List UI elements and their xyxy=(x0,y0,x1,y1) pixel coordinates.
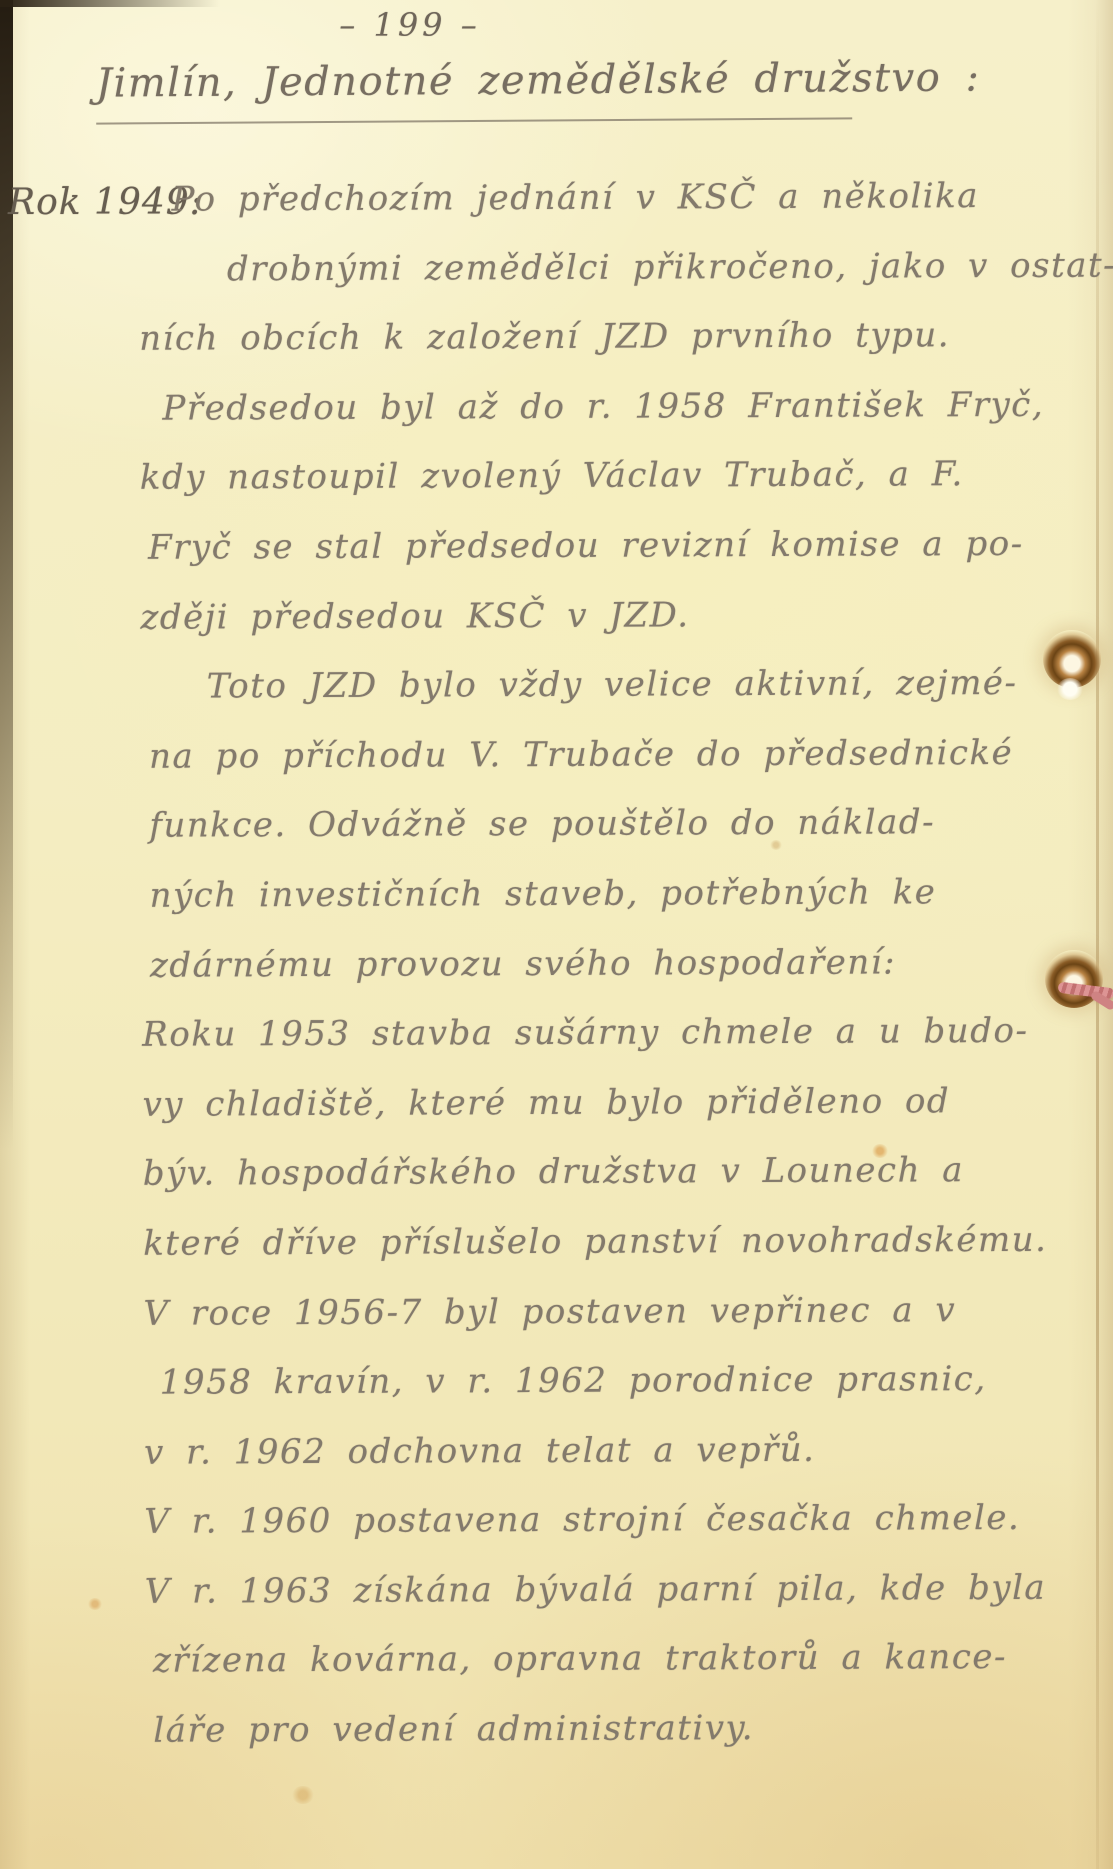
paper-stain xyxy=(770,840,782,850)
handwritten-line-17: V roce 1956-7 byl postaven vepřinec a v xyxy=(143,1289,1081,1363)
handwritten-line-9: na po příchodu V. Trubače do předsednick… xyxy=(149,732,1079,806)
handwritten-line-10: funkce. Odvážně se pouštělo do náklad- xyxy=(149,802,1079,876)
handwritten-line-11: ných investičních staveb, potřebných ke xyxy=(150,872,1080,946)
chronicle-page: – 199 – Jimlín, Jednotné zemědělské druž… xyxy=(0,0,1113,1869)
page-top-edge-shadow xyxy=(0,0,220,7)
page-number: – 199 – xyxy=(300,6,520,44)
handwritten-line-2: drobnými zemědělci přikročeno, jako v os… xyxy=(227,245,1077,318)
handwritten-line-18: 1958 kravín, v r. 1962 porodnice prasnic… xyxy=(160,1359,1082,1433)
handwritten-line-14: vy chladiště, které mu bylo přiděleno od xyxy=(142,1080,1080,1154)
handwritten-line-6: Fryč se stal předsedou revizní komise a … xyxy=(148,524,1078,598)
handwritten-line-1: Po předchozím jednání v KSČ a několika xyxy=(172,176,1077,250)
handwritten-line-13: Roku 1953 stavba sušárny chmele a u budo… xyxy=(142,1011,1080,1085)
handwritten-line-7: zději předsedou KSČ v JZD. xyxy=(140,593,1078,667)
binding-hole-glare xyxy=(1057,678,1083,700)
handwritten-text-block: Po předchozím jednání v KSČ a několika d… xyxy=(0,176,1083,1781)
handwritten-line-16: které dříve příslušelo panství novohrads… xyxy=(143,1220,1081,1294)
handwritten-line-21: V r. 1963 získána bývalá parní pila, kde… xyxy=(145,1568,1083,1642)
paper-stain xyxy=(872,1144,888,1158)
handwritten-line-19: v r. 1962 odchovna telat a vepřů. xyxy=(144,1428,1082,1502)
handwritten-line-4: Předsedou byl až do r. 1958 František Fr… xyxy=(162,384,1077,458)
page-title-underline: Jimlín, Jednotné zemědělské družstvo : xyxy=(96,55,852,124)
handwritten-line-12: zdárnému provozu svého hospodaření: xyxy=(150,941,1080,1015)
handwritten-line-5: kdy nastoupil zvolený Václav Trubač, a F… xyxy=(140,454,1078,528)
paper-stain xyxy=(88,1598,102,1610)
handwritten-line-23: láře pro vedení administrativy. xyxy=(153,1707,1083,1781)
handwritten-line-8: Toto JZD bylo vždy velice aktivní, zejmé… xyxy=(207,663,1079,736)
page-title: Jimlín, Jednotné zemědělské družstvo : xyxy=(96,54,981,106)
handwritten-line-3: ních obcích k založení JZD prvního typu. xyxy=(139,315,1077,389)
handwritten-line-22: zřízena kovárna, opravna traktorů a kanc… xyxy=(153,1637,1083,1711)
paper-stain xyxy=(292,1786,314,1804)
handwritten-line-15: býv. hospodářského družstva v Lounech a xyxy=(143,1150,1081,1224)
handwritten-line-20: V r. 1960 postavena strojní česačka chme… xyxy=(144,1498,1082,1572)
